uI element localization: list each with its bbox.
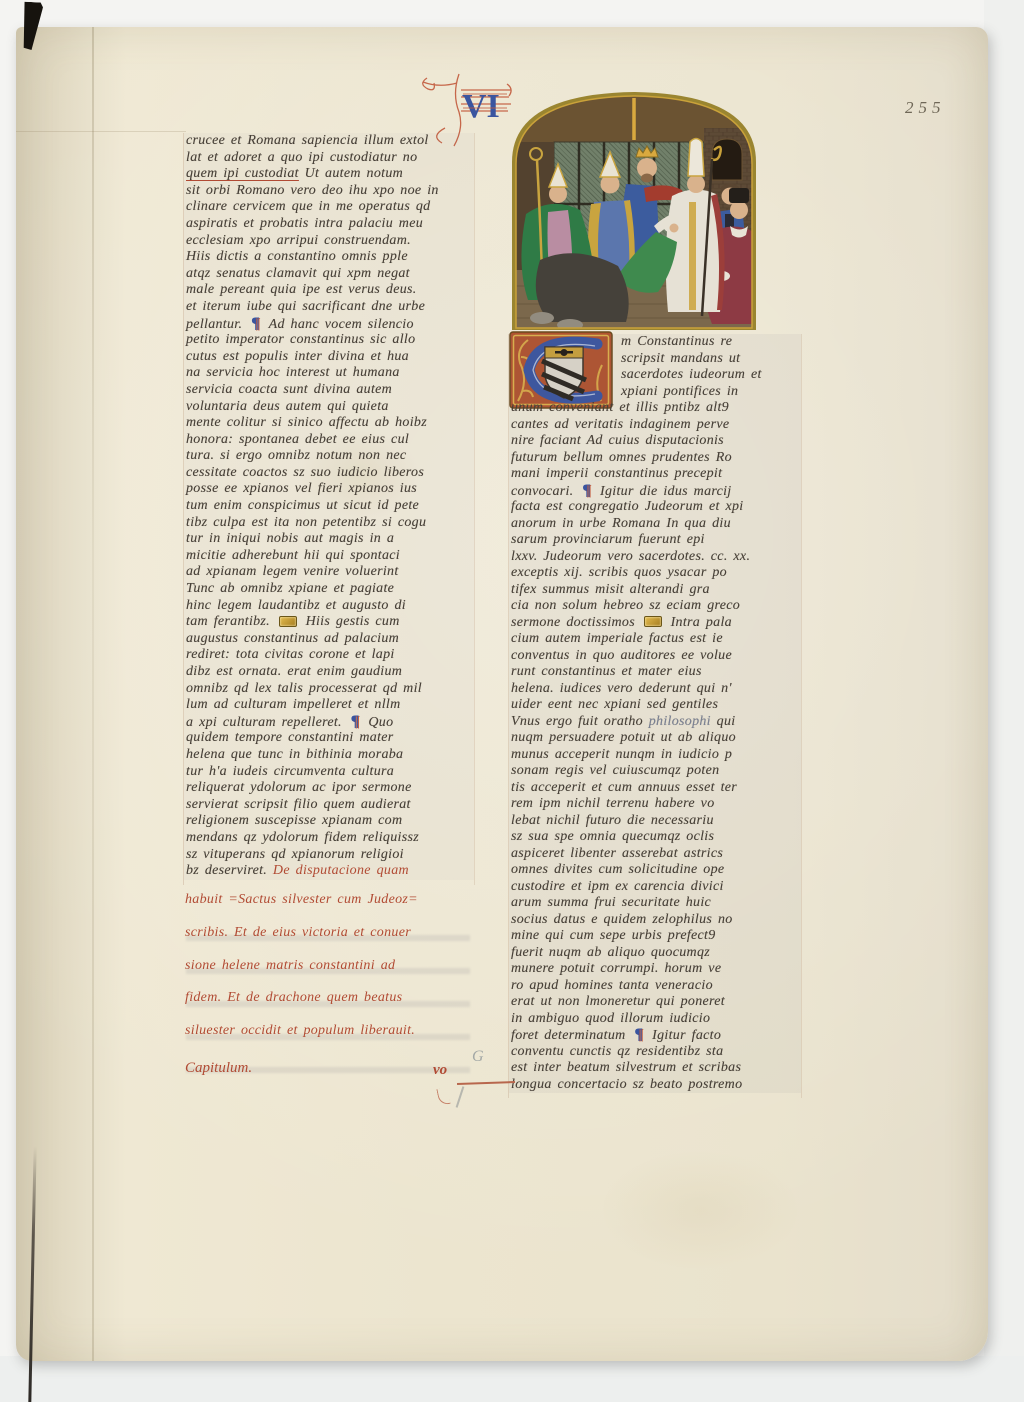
ink-segment: cium autem imperiale factus est ie: [511, 631, 723, 646]
ink-segment: hinc legem laudantibz et augusto di: [186, 598, 406, 613]
ink-segment: ro apud homines tanta veneracio: [511, 978, 713, 993]
manuscript-text-line: cantes ad veritatis indaginem perve: [509, 417, 801, 434]
manuscript-text-line: omnibz qd lex talis processerat qd mil: [184, 681, 474, 698]
ink-segment: sz vituperans qd xpianorum religioi: [186, 847, 404, 862]
paraph-mark: ¶: [348, 713, 363, 730]
manuscript-text-line: tura. si ergo omnibz notum non nec: [184, 448, 474, 465]
manuscript-text-line: tibz culpa est ita non petentibz si cogu: [184, 515, 474, 532]
manuscript-text-line: in ambiguo quod illorum iudicio: [509, 1011, 801, 1028]
manuscript-text-line: atqz senatus clamavit qui xpm negat: [184, 266, 474, 283]
ink-segment: lxxv. Judeorum vero sacerdotes. cc. xx.: [511, 549, 750, 564]
manuscript-text-line: na servicia hoc interest ut humana: [184, 365, 474, 382]
ink-segment: tur in iniqui nobis aut magis in a: [186, 531, 394, 546]
ink-segment: cantes ad veritatis indaginem perve: [511, 417, 729, 432]
manuscript-text-line: bz deserviret. De disputacione quam: [184, 863, 474, 880]
manuscript-text-line: dibz est ornata. erat enim gaudium: [184, 664, 474, 681]
ink-segment: petito imperator constantinus sic allo: [186, 332, 415, 347]
ink-segment: servicia coacta sunt divina autem: [186, 382, 392, 397]
ink-segment: custodire et ipm ex carencia divici: [511, 879, 724, 894]
manuscript-text-line: fidem. Et de drachone quem beatus: [183, 982, 483, 1015]
manuscript-text-line: tis acceperit et cum annuus esset ter: [509, 780, 801, 797]
manuscript-text-line: unum conveniant et illis pntibz alt9: [509, 400, 801, 417]
ink-segment: Intra pala: [665, 615, 732, 630]
manuscript-text-line: cessitate coactos sz suo iudicio liberos: [184, 465, 474, 482]
ink-segment: male pereant quia ipe est verus deus.: [186, 282, 417, 297]
ink-segment: quidem tempore constantini mater: [186, 730, 394, 745]
ink-segment: arum summa frui securitate huic: [511, 895, 711, 910]
rubric-segment: De disputacione quam: [273, 863, 409, 878]
manuscript-page-scan: 255 VI: [0, 0, 1024, 1402]
manuscript-text-line: ecclesiam xpo arripui construendam.: [184, 233, 474, 250]
ink-segment: quem ipi custodiat: [186, 166, 299, 181]
manuscript-text-line: conventus in quo auditores ee volue: [509, 648, 801, 665]
manuscript-text-line: pellantur. ¶ Ad hanc vocem silencio: [184, 316, 474, 333]
text-column-left: crucee et Romana sapiencia illum extolla…: [183, 133, 475, 885]
manuscript-text-line: mente colitur si sinico affectu ab hoibz: [184, 415, 474, 432]
ink-segment: Hiis gestis cum: [300, 614, 400, 629]
manuscript-text-line: mine qui cum sepe urbis prefect9: [509, 928, 801, 945]
manuscript-text-line: servierat scripsit filio quem audierat: [184, 797, 474, 814]
manuscript-text-line: nuqm persuadere potuit ut ab aliquo: [509, 730, 801, 747]
ink-segment: religionem suscepisse xpianam com: [186, 813, 402, 828]
manuscript-text-line: a xpi culturam repelleret. ¶ Quo: [184, 714, 474, 731]
ink-segment: omnibz qd lex talis processerat qd mil: [186, 681, 422, 696]
rubric-red-text: habuit =Sactus silvester cum Judeoz=scri…: [183, 884, 483, 1054]
ink-segment: sacerdotes iudeorum et: [621, 367, 762, 382]
manuscript-text-line: nire faciant Ad cuius disputacionis: [509, 433, 801, 450]
ink-segment: tura. si ergo omnibz notum non nec: [186, 448, 406, 463]
manuscript-text-line: petito imperator constantinus sic allo: [184, 332, 474, 349]
ink-segment: Quo: [363, 715, 394, 730]
ink-segment: cutus est populis inter divina et hua: [186, 349, 409, 364]
ink-segment: Ut autem notum: [299, 166, 403, 181]
ink-segment: Igitur die idus marcij: [594, 484, 731, 499]
ink-segment: mendans qz ydolorum fidem reliquissz: [186, 830, 419, 845]
capitulum-row: Capitulum. vo: [185, 1060, 495, 1077]
manuscript-text-line: augustus constantinus ad palacium: [184, 631, 474, 648]
ink-segment: Tunc ab omnibz xpiane et pagiate: [186, 581, 394, 596]
ink-segment: mente colitur si sinico affectu ab hoibz: [186, 415, 427, 430]
ink-segment: futurum bellum omnes prudentes Ro: [511, 450, 732, 465]
ink-segment: lat et adoret a quo ipi custodiatur no: [186, 150, 417, 165]
ink-segment: foret determinatum: [511, 1028, 631, 1043]
figure-kneeling-attendant: [530, 253, 629, 331]
horizontal-crease: [16, 131, 186, 132]
ink-segment: posse ee xpianos vel fieri xpianos ius: [186, 481, 417, 496]
parchment-stain: [600, 1150, 800, 1270]
ink-segment: pellantur.: [186, 317, 248, 332]
ink-segment: nuqm persuadere potuit ut ab aliquo: [511, 730, 736, 745]
manuscript-text-line: honora: spontanea debet ee eius cul: [184, 432, 474, 449]
manuscript-text-line: longua concertacio sz beato postremo: [509, 1077, 801, 1094]
parchment-leaf: [16, 27, 988, 1361]
ink-segment: et iterum iube qui sacrificant dne urbe: [186, 299, 425, 314]
manuscript-text-line: tifex summus misit alterandi gra: [509, 582, 801, 599]
scan-background-right: [984, 0, 1024, 1402]
manuscript-text-line: xpiani pontifices in: [509, 384, 801, 401]
ink-segment: qui: [711, 714, 736, 729]
manuscript-text-line: sarum provinciarum fuerunt epi: [509, 532, 801, 549]
ink-segment: helena que tunc in bithinia moraba: [186, 747, 403, 762]
ink-segment: exceptis xij. scribis quos ysacar po: [511, 565, 727, 580]
manuscript-text-line: voluntaria deus autem qui quieta: [184, 399, 474, 416]
manuscript-text-line: Tunc ab omnibz xpiane et pagiate: [184, 581, 474, 598]
manuscript-text-line: helena. iudices vero dederunt qui n': [509, 681, 801, 698]
manuscript-text-line: servicia coacta sunt divina autem: [184, 382, 474, 399]
ink-segment: erat ut non lmoneretur qui poneret: [511, 994, 725, 1009]
manuscript-text-line: aspiratis et probatis intra palaciu meu: [184, 216, 474, 233]
manuscript-text-line: mendans qz ydolorum fidem reliquissz: [184, 830, 474, 847]
ink-segment: helena. iudices vero dederunt qui n': [511, 681, 732, 696]
manuscript-text-line: erat ut non lmoneretur qui poneret: [509, 994, 801, 1011]
manuscript-text-line: helena que tunc in bithinia moraba: [184, 747, 474, 764]
manuscript-text-line: clinare cervicem que in me operatus qd: [184, 199, 474, 216]
manuscript-text-line: sermone doctissimos Intra pala: [509, 615, 801, 632]
text-column-right: m Constantinus rescripsit mandans utsace…: [508, 334, 802, 1098]
pencil-annotation: G: [472, 1048, 484, 1066]
ink-segment: augustus constantinus ad palacium: [186, 631, 399, 646]
manuscript-text-line: munere potuit corrumpi. horum ve: [509, 961, 801, 978]
ink-segment: ecclesiam xpo arripui construendam.: [186, 233, 411, 248]
ink-segment: lebat nichil futuro die necessariu: [511, 813, 714, 828]
ink-segment: crucee et Romana sapiencia illum extol: [186, 133, 429, 148]
ink-segment: unum conveniant et illis pntibz alt9: [511, 400, 729, 415]
manuscript-text-line: scripsit mandans ut: [509, 351, 801, 368]
ink-segment: aspiceret libenter asserebat astrics: [511, 846, 723, 861]
manuscript-text-line: quem ipi custodiat Ut autem notum: [184, 166, 474, 183]
ink-segment: philosophi: [649, 714, 711, 729]
manuscript-text-line: lum ad culturam impelleret et nllm: [184, 697, 474, 714]
ink-segment: scripsit mandans ut: [621, 351, 740, 366]
ink-segment: mani imperii constantinus precepit: [511, 466, 722, 481]
ink-segment: ad xpianam legem venire voluerint: [186, 564, 399, 579]
rubric-segment: habuit =Sactus silvester cum Judeoz=: [185, 892, 418, 907]
ink-segment: reliquerat ydolorum ac ipor sermone: [186, 780, 412, 795]
manuscript-text-line: foret determinatum ¶ Igitur facto: [509, 1027, 801, 1044]
ink-segment: Hiis dictis a constantino omnis pple: [186, 249, 408, 264]
ink-segment: micitie adherebunt hii qui spontaci: [186, 548, 400, 563]
manuscript-text-line: sione helene matris constantini ad: [183, 950, 483, 983]
ink-segment: omnes divites cum solicitudine ope: [511, 862, 724, 877]
manuscript-text-line: munus acceperit nunqm in iudicio p: [509, 747, 801, 764]
ink-segment: cessitate coactos sz suo iudicio liberos: [186, 465, 424, 480]
ink-segment: Ad hanc vocem silencio: [263, 317, 414, 332]
manuscript-text-line: facta est congregatio Judeorum et xpi: [509, 499, 801, 516]
manuscript-text-line: male pereant quia ipe est verus deus.: [184, 282, 474, 299]
manuscript-text-line: omnes divites cum solicitudine ope: [509, 862, 801, 879]
ink-segment: est inter beatum silvestrum et scribas: [511, 1060, 741, 1075]
ink-segment: tibz culpa est ita non petentibz si cogu: [186, 515, 426, 530]
paraph-mark: ¶: [631, 1026, 646, 1043]
manuscript-text-line: habuit =Sactus silvester cum Judeoz=: [183, 884, 483, 917]
ink-segment: sonam regis vel cuiuscumqz poten: [511, 763, 719, 778]
manuscript-text-line: fuerit nuqm ab aliquo quocumqz: [509, 945, 801, 962]
ink-segment: conventu cunctis qz residentibz sta: [511, 1044, 723, 1059]
manuscript-text-line: m Constantinus re: [509, 334, 801, 351]
rubric-segment: scribis. Et de eius victoria et conuer: [185, 925, 411, 940]
ink-segment: aspiratis et probatis intra palaciu meu: [186, 216, 423, 231]
manuscript-text-line: exceptis xij. scribis quos ysacar po: [509, 565, 801, 582]
manuscript-text-line: et iterum iube qui sacrificant dne urbe: [184, 299, 474, 316]
manuscript-text-line: arum summa frui securitate huic: [509, 895, 801, 912]
ink-segment: voluntaria deus autem qui quieta: [186, 399, 389, 414]
manuscript-text-line: uider eent nec xpiani sed gentiles: [509, 697, 801, 714]
ink-segment: convocari.: [511, 484, 579, 499]
paraph-mark: ¶: [579, 482, 594, 499]
ink-segment: sit orbi Romano vero deo ihu xpo noe in: [186, 183, 439, 198]
manuscript-text-line: anorum in urbe Romana In qua diu: [509, 516, 801, 533]
manuscript-text-line: est inter beatum silvestrum et scribas: [509, 1060, 801, 1077]
manuscript-text-line: scribis. Et de eius victoria et conuer: [183, 917, 483, 950]
ink-segment: facta est congregatio Judeorum et xpi: [511, 499, 743, 514]
manuscript-text-line: ad xpianam legem venire voluerint: [184, 564, 474, 581]
ink-segment: fuerit nuqm ab aliquo quocumqz: [511, 945, 710, 960]
manuscript-text-line: Vnus ergo fuit oratho philosophi qui: [509, 714, 801, 731]
manuscript-text-line: conventu cunctis qz residentibz sta: [509, 1044, 801, 1061]
ink-segment: tifex summus misit alterandi gra: [511, 582, 710, 597]
ink-segment: honora: spontanea debet ee eius cul: [186, 432, 409, 447]
folio-number: 255: [905, 98, 985, 118]
manuscript-text-line: lat et adoret a quo ipi custodiatur no: [184, 150, 474, 167]
ink-segment: cia non solum hebreo sz eciam greco: [511, 598, 740, 613]
manuscript-text-line: lxxv. Judeorum vero sacerdotes. cc. xx.: [509, 549, 801, 566]
manuscript-text-line: tur h'a iudeis circumventa cultura: [184, 764, 474, 781]
manuscript-text-line: convocari. ¶ Igitur die idus marcij: [509, 483, 801, 500]
ink-segment: m Constantinus re: [621, 334, 732, 349]
ink-segment: munere potuit corrumpi. horum ve: [511, 961, 721, 976]
manuscript-text-line: quidem tempore constantini mater: [184, 730, 474, 747]
manuscript-text-line: futurum bellum omnes prudentes Ro: [509, 450, 801, 467]
ink-segment: tur h'a iudeis circumventa cultura: [186, 764, 394, 779]
manuscript-text-line: lebat nichil futuro die necessariu: [509, 813, 801, 830]
manuscript-text-line: Hiis dictis a constantino omnis pple: [184, 249, 474, 266]
gold-paraph: [644, 616, 662, 627]
manuscript-text-line: siluester occidit et populum liberauit.: [183, 1015, 483, 1048]
manuscript-text-line: cutus est populis inter divina et hua: [184, 349, 474, 366]
manuscript-text-line: ro apud homines tanta veneracio: [509, 978, 801, 995]
gutter-crease: [92, 27, 94, 1361]
capitulum-label: Capitulum.: [185, 1060, 252, 1076]
manuscript-text-line: socius datus e quidem zelophilus no: [509, 912, 801, 929]
scan-background-bottom: [0, 1356, 1024, 1402]
ink-segment: atqz senatus clamavit qui xpm negat: [186, 266, 410, 281]
manuscript-text-line: aspiceret libenter asserebat astrics: [509, 846, 801, 863]
manuscript-text-line: cium autem imperiale factus est ie: [509, 631, 801, 648]
ink-segment: conventus in quo auditores ee volue: [511, 648, 732, 663]
ink-segment: sz sua spe omnia quecumqz oclis: [511, 829, 714, 844]
ink-segment: dibz est ornata. erat enim gaudium: [186, 664, 402, 679]
ink-segment: a xpi culturam repelleret.: [186, 715, 348, 730]
ink-segment: runt constantinus et mater eius: [511, 664, 702, 679]
manuscript-text-line: reliquerat ydolorum ac ipor sermone: [184, 780, 474, 797]
manuscript-text-line: custodire et ipm ex carencia divici: [509, 879, 801, 896]
ink-segment: xpiani pontifices in: [621, 384, 738, 399]
paraph-mark: ¶: [248, 315, 263, 332]
capitulum-numeral: vo: [433, 1062, 447, 1079]
manuscript-text-line: rem ipm nichil terrenu habere vo: [509, 796, 801, 813]
ink-segment: tis acceperit et cum annuus esset ter: [511, 780, 737, 795]
manuscript-text-line: rediret: tota civitas corone et lapi: [184, 647, 474, 664]
manuscript-text-line: tum enim conspicimus ut sicut id pete: [184, 498, 474, 515]
manuscript-text-line: tur in iniqui nobis aut magis in a: [184, 531, 474, 548]
ink-segment: rem ipm nichil terrenu habere vo: [511, 796, 715, 811]
ink-segment: rediret: tota civitas corone et lapi: [186, 647, 395, 662]
ink-segment: servierat scripsit filio quem audierat: [186, 797, 411, 812]
manuscript-text-line: sit orbi Romano vero deo ihu xpo noe in: [184, 183, 474, 200]
ink-segment: mine qui cum sepe urbis prefect9: [511, 928, 716, 943]
ink-segment: tum enim conspicimus ut sicut id pete: [186, 498, 419, 513]
miniature-illustration: [506, 84, 762, 337]
manuscript-text-line: crucee et Romana sapiencia illum extol: [184, 133, 474, 150]
ink-segment: bz deserviret.: [186, 863, 273, 878]
gold-paraph: [279, 616, 297, 627]
ink-segment: sarum provinciarum fuerunt epi: [511, 532, 705, 547]
ink-segment: socius datus e quidem zelophilus no: [511, 912, 733, 927]
ink-segment: tam ferantibz.: [186, 614, 276, 629]
ink-segment: lum ad culturam impelleret et nllm: [186, 697, 400, 712]
manuscript-text-line: sz sua spe omnia quecumqz oclis: [509, 829, 801, 846]
manuscript-text-line: cia non solum hebreo sz eciam greco: [509, 598, 801, 615]
manuscript-text-line: micitie adherebunt hii qui spontaci: [184, 548, 474, 565]
ink-segment: sermone doctissimos: [511, 615, 641, 630]
ink-segment: Igitur facto: [646, 1028, 721, 1043]
manuscript-text-line: posse ee xpianos vel fieri xpianos ius: [184, 481, 474, 498]
manuscript-text-line: sonam regis vel cuiuscumqz poten: [509, 763, 801, 780]
manuscript-text-line: tam ferantibz. Hiis gestis cum: [184, 614, 474, 631]
rubric-segment: siluester occidit et populum liberauit.: [185, 1023, 415, 1038]
ink-segment: uider eent nec xpiani sed gentiles: [511, 697, 718, 712]
manuscript-text-line: religionem suscepisse xpianam com: [184, 813, 474, 830]
manuscript-text-line: sacerdotes iudeorum et: [509, 367, 801, 384]
ink-segment: in ambiguo quod illorum iudicio: [511, 1011, 710, 1026]
manuscript-text-line: runt constantinus et mater eius: [509, 664, 801, 681]
ink-segment: Vnus ergo fuit oratho: [511, 714, 649, 729]
ink-segment: nire faciant Ad cuius disputacionis: [511, 433, 724, 448]
rubric-segment: sione helene matris constantini ad: [185, 958, 395, 973]
manuscript-text-line: mani imperii constantinus precepit: [509, 466, 801, 483]
ink-segment: clinare cervicem que in me operatus qd: [186, 199, 430, 214]
rubric-segment: fidem. Et de drachone quem beatus: [185, 990, 402, 1005]
manuscript-text-line: hinc legem laudantibz et augusto di: [184, 598, 474, 615]
ink-segment: munus acceperit nunqm in iudicio p: [511, 747, 732, 762]
miniature-scene: [506, 84, 762, 332]
manuscript-text-line: sz vituperans qd xpianorum religioi: [184, 847, 474, 864]
ink-segment: anorum in urbe Romana In qua diu: [511, 516, 731, 531]
ink-segment: na servicia hoc interest ut humana: [186, 365, 400, 380]
ink-segment: longua concertacio sz beato postremo: [511, 1077, 742, 1092]
